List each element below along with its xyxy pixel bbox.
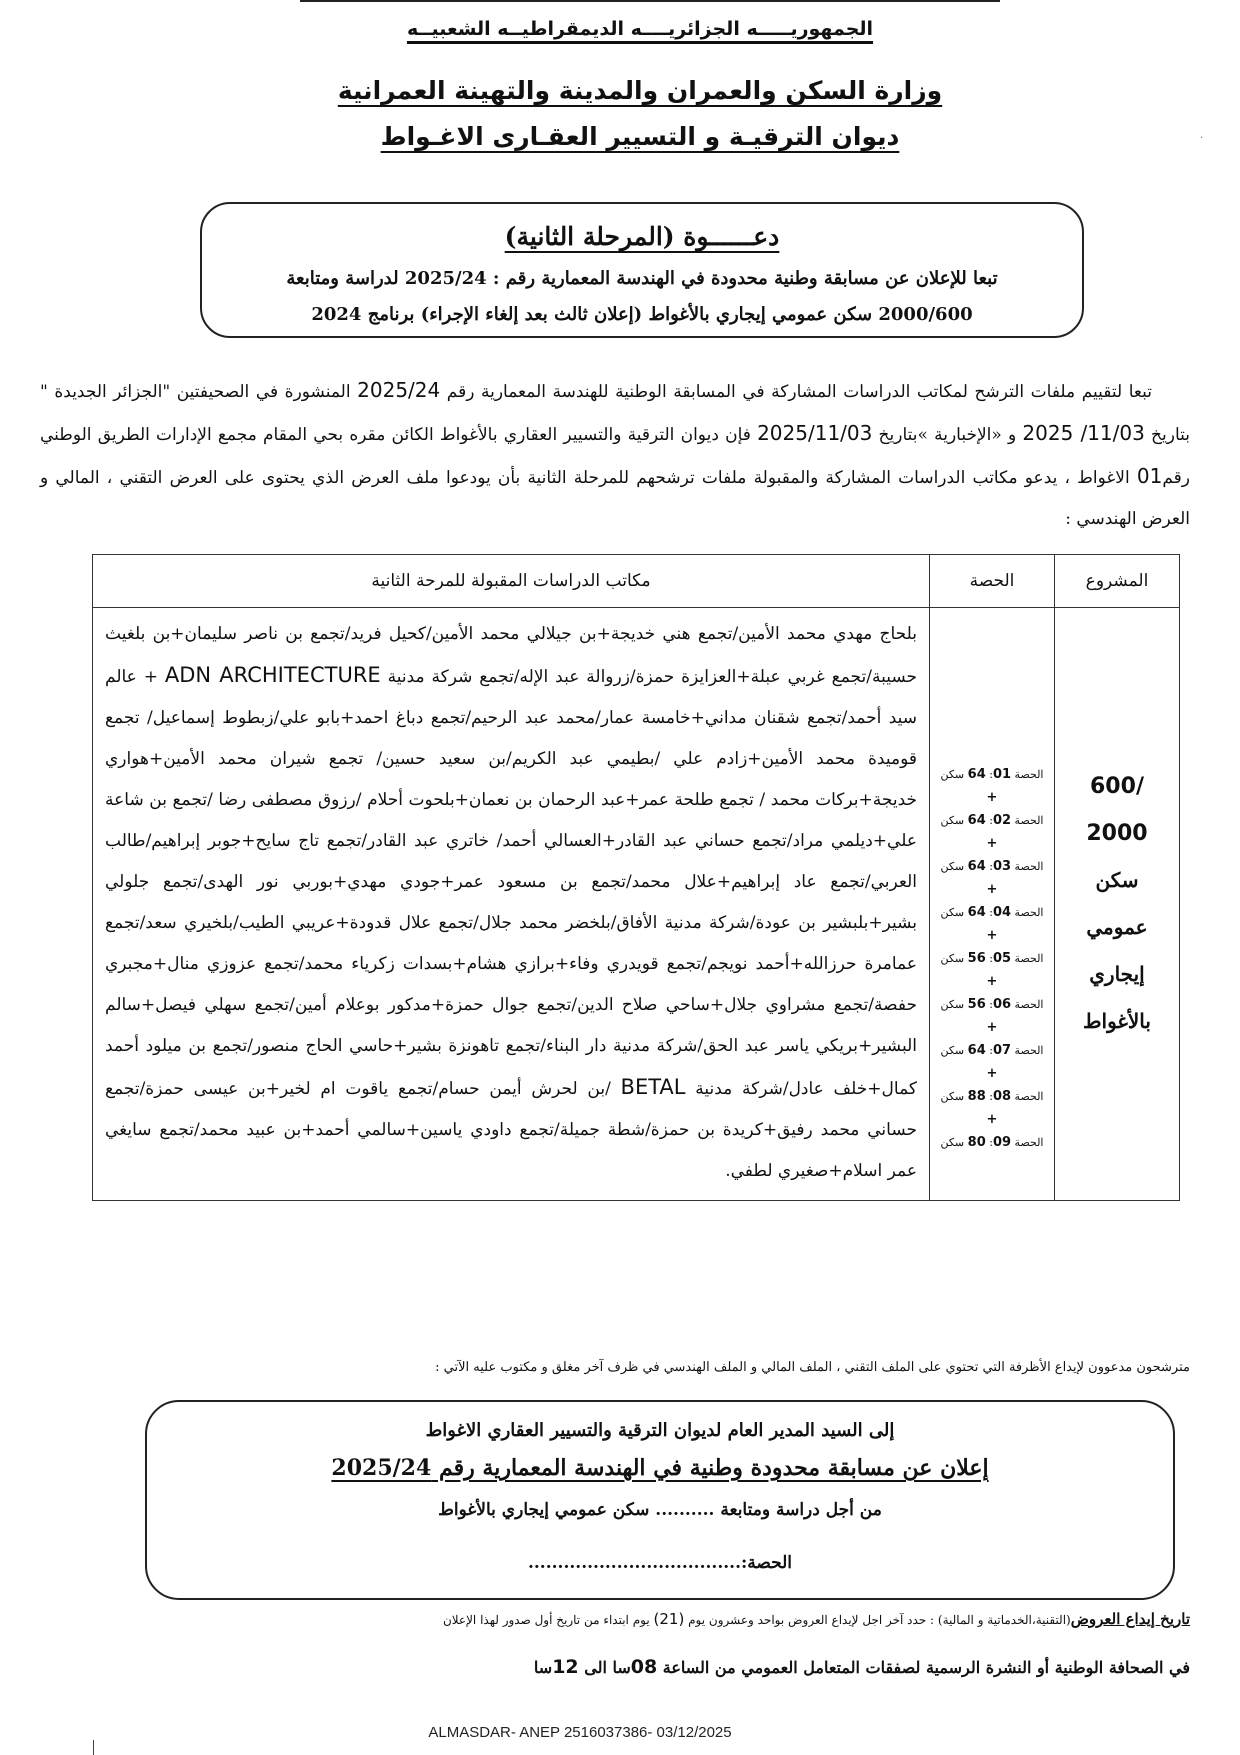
project-label-4: بالأغواط [1056,998,1178,1045]
lot-item: الحصة 06: 56 سكن [931,991,1053,1019]
deadline-label: تاريخ إيداع العروض [1071,1610,1190,1628]
lot-item: الحصة 08: 88 سكن [931,1083,1053,1111]
office-title: ديوان الترقيـة و التسيير العقـارى الاغـو… [300,122,980,151]
header-project: المشروع [1055,555,1180,608]
lots-cell: الحصة 01: 64 سكن + الحصة 02: 64 سكن + ال… [930,608,1055,1201]
office-latin-name: BETAL [621,1075,686,1099]
plus-separator: + [931,789,1053,807]
plus-separator: + [931,881,1053,899]
envelope-lot: الحصة:..................................… [145,1553,1175,1573]
header-offices: مكاتب الدراسات المقبولة للمرحة الثانية [93,555,930,608]
invitation-line-2: 2000/600 سكن عمومي إيجاري بالأغواط (إعلا… [200,304,1084,325]
margin-mark: . [1200,130,1210,141]
envelope-subject: إعلان عن مسابقة محدودة وطنية في الهندسة … [145,1455,1175,1481]
project-units-a: /600 [1056,763,1178,810]
lot-item: الحصة 07: 64 سكن [931,1037,1053,1065]
lot-item: الحصة 01: 64 سكن [931,761,1053,789]
lot-item: الحصة 02: 64 سكن [931,807,1053,835]
submission-note: مترشحون مدعوون لإيداع الأظرفة التي تحتوي… [40,1360,1190,1375]
plus-separator: + [931,1065,1053,1083]
offices-list-cell: بلحاج مهدي محمد الأمين/تجمع هني خديجة+بن… [93,608,930,1201]
margin-tick [93,1740,94,1755]
plus-separator: + [931,835,1053,853]
accepted-offices-table: المشروع الحصة مكاتب الدراسات المقبولة لل… [92,554,1180,1201]
table-row: /600 2000 سكن عمومي إيجاري بالأغواط الحص… [93,608,1180,1201]
plus-separator: + [931,1019,1053,1037]
lot-item: الحصة 03: 64 سكن [931,853,1053,881]
top-border-line [300,0,1000,2]
plus-separator: + [931,973,1053,991]
deadline-text: تاريخ إيداع العروض(التقنية،الخدماتية و ا… [40,1610,1190,1628]
lot-item: الحصة 05: 56 سكن [931,945,1053,973]
lot-item: الحصة 09: 80 سكن [931,1129,1053,1157]
project-units-b: 2000 [1056,810,1178,857]
opening-hours: في الصحافة الوطنية أو النشرة الرسمية لصف… [40,1656,1190,1678]
plus-separator: + [931,1111,1053,1129]
ministry-title: وزارة السكن والعمران والمدينة والتهينة ا… [300,76,980,105]
project-label-1: سكن [1056,857,1178,904]
plus-separator: + [931,927,1053,945]
publication-reference: ALMASDAR- ANEP 2516037386- 03/12/2025 [280,1724,880,1741]
envelope-purpose: من أجل دراسة ومتابعة .......... سكن عموم… [145,1500,1175,1520]
office-latin-name: ADN ARCHITECTURE [165,663,381,687]
invitation-title: دعــــــوة (المرحلة الثانية) [200,222,1084,251]
project-cell: /600 2000 سكن عمومي إيجاري بالأغواط [1055,608,1180,1201]
header-lot: الحصة [930,555,1055,608]
envelope-addressee: إلى السيد المدير العام لديوان الترقية وا… [145,1420,1175,1441]
table-header-row: المشروع الحصة مكاتب الدراسات المقبولة لل… [93,555,1180,608]
republic-title: الجمهوريـــــه الجزائريــــه الديمقراطيـ… [300,18,980,40]
project-label-2: عمومي [1056,904,1178,951]
invitation-line-1: تبعا للإعلان عن مسابقة وطنية محدودة في ا… [200,268,1084,289]
intro-paragraph: تبعا لتقييم ملفات الترشح لمكاتب الدراسات… [40,370,1190,540]
project-label-3: إيجاري [1056,951,1178,998]
lot-item: الحصة 04: 64 سكن [931,899,1053,927]
